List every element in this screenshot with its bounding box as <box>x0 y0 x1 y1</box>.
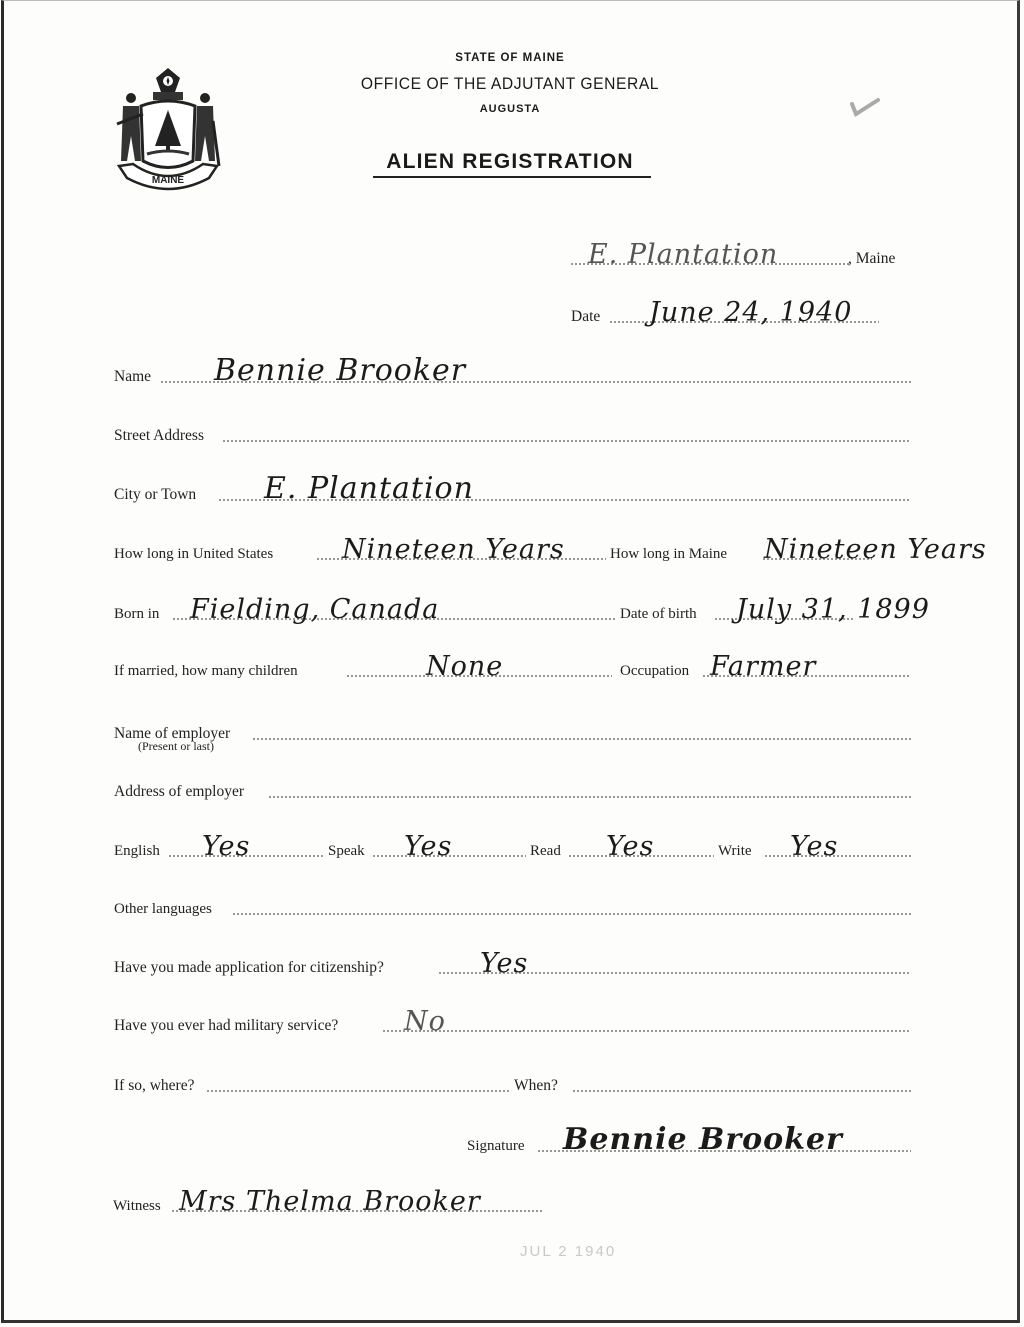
write-label: Write <box>718 843 752 860</box>
signature-value: Bennie Brooker <box>563 1122 843 1157</box>
citizenship-field[interactable]: Have you made application for citizenshi… <box>114 947 911 977</box>
employer-name-field[interactable]: Name of employer (Present or last) <box>114 713 911 743</box>
header-state: STATE OF MAINE <box>300 52 720 64</box>
checkmark-icon <box>848 96 880 118</box>
name-field[interactable]: Name Bennie Brooker <box>114 356 911 386</box>
citizenship-label: Have you made application for citizenshi… <box>114 959 384 977</box>
date-of-birth-label: Date of birth <box>620 606 697 623</box>
date-of-birth-value[interactable]: July 31, 1899 <box>736 594 930 625</box>
form-title: ALIEN REGISTRATION <box>300 150 720 174</box>
employer-address-field[interactable]: Address of employer <box>114 771 911 801</box>
citizenship-value: Yes <box>480 948 528 979</box>
how-long-us-value[interactable]: Nineteen Years <box>342 534 565 565</box>
how-long-maine-label: How long in Maine <box>610 546 727 563</box>
other-languages-field[interactable]: Other languages <box>114 888 911 918</box>
military-service-label: Have you ever had military service? <box>114 1017 338 1035</box>
title-underline <box>373 176 651 178</box>
speak-value[interactable]: Yes <box>404 831 452 862</box>
born-in-value[interactable]: Fielding, Canada <box>190 594 439 625</box>
place-field[interactable]: E. Plantation , Maine <box>570 238 915 268</box>
english-label: English <box>114 843 160 860</box>
read-value[interactable]: Yes <box>606 831 654 862</box>
header-office: OFFICE OF THE ADJUTANT GENERAL <box>317 74 703 94</box>
how-long-maine-value[interactable]: Nineteen Years <box>764 534 987 565</box>
name-value: Bennie Brooker <box>214 353 466 388</box>
city-or-town-value: E. Plantation <box>264 471 474 506</box>
how-long-row: How long in United States Nineteen Years… <box>114 533 911 563</box>
city-or-town-label: City or Town <box>114 486 196 504</box>
english-value[interactable]: Yes <box>202 831 250 862</box>
date-field[interactable]: Date June 24, 1940 <box>571 296 916 326</box>
when-label: When? <box>514 1077 558 1095</box>
witness-value: Mrs Thelma Brooker <box>179 1186 481 1217</box>
place-suffix: , Maine <box>848 250 895 268</box>
employer-name-sublabel: (Present or last) <box>138 739 214 754</box>
date-label: Date <box>571 308 600 326</box>
where-label: If so, where? <box>114 1077 194 1095</box>
children-value[interactable]: None <box>426 651 503 682</box>
place-value: E. Plantation <box>588 239 778 270</box>
how-long-us-label: How long in United States <box>114 546 273 563</box>
street-address-field[interactable]: Street Address <box>114 415 911 445</box>
signature-label: Signature <box>467 1138 525 1155</box>
svg-text:MAINE: MAINE <box>152 175 185 186</box>
signature-field[interactable]: Signature Bennie Brooker <box>467 1125 911 1155</box>
witness-field[interactable]: Witness Mrs Thelma Brooker <box>113 1185 543 1215</box>
military-service-field[interactable]: Have you ever had military service? No <box>114 1005 911 1035</box>
read-label: Read <box>530 843 561 860</box>
military-service-value: No <box>404 1006 446 1037</box>
maine-state-seal-icon: MAINE <box>113 66 223 194</box>
write-value[interactable]: Yes <box>790 831 838 862</box>
other-languages-label: Other languages <box>114 901 212 918</box>
header-city: AUGUSTA <box>300 103 720 115</box>
birth-row: Born in Fielding, Canada Date of birth J… <box>114 593 911 623</box>
english-row: English Yes Speak Yes Read Yes Write Yes <box>114 830 911 860</box>
children-occupation-row: If married, how many children None Occup… <box>114 650 911 680</box>
received-date-stamp: JUL 2 1940 <box>520 1243 616 1260</box>
date-value: June 24, 1940 <box>649 297 852 328</box>
occupation-label: Occupation <box>620 663 689 680</box>
occupation-value[interactable]: Farmer <box>710 651 816 682</box>
children-label: If married, how many children <box>114 663 298 680</box>
witness-label: Witness <box>113 1198 161 1215</box>
city-or-town-field[interactable]: City or Town E. Plantation <box>114 474 911 504</box>
name-label: Name <box>114 368 151 386</box>
born-in-label: Born in <box>114 606 159 623</box>
employer-address-label: Address of employer <box>114 783 244 801</box>
where-when-row: If so, where? When? <box>114 1065 911 1095</box>
street-address-label: Street Address <box>114 427 204 445</box>
speak-label: Speak <box>328 843 365 860</box>
